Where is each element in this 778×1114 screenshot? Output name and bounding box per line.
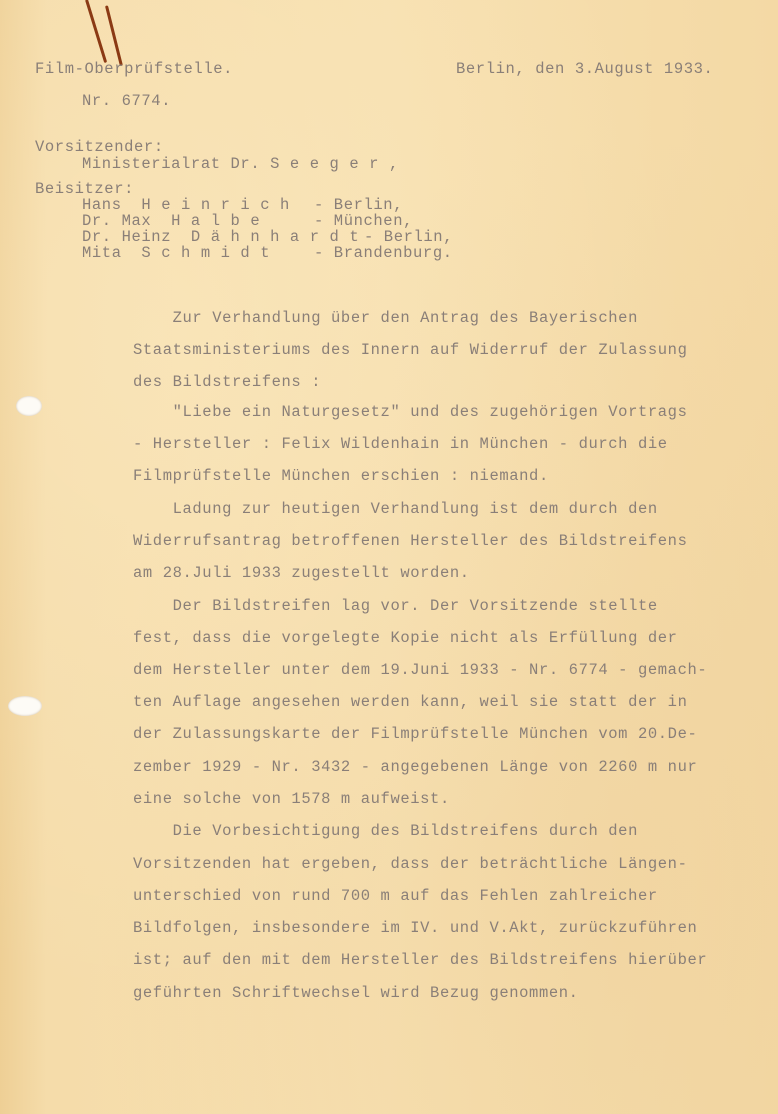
body-line: Widerrufsantrag betroffenen Hersteller d… (133, 534, 687, 550)
body-line: ten Auflage angesehen werden kann, weil … (133, 695, 687, 711)
reference-number: Nr. 6774. (82, 94, 171, 110)
assessor-city: - Brandenburg. (314, 246, 453, 262)
body-line: geführten Schriftwechsel wird Bezug geno… (133, 986, 579, 1002)
body-line: zember 1929 - Nr. 3432 - angegebenen Län… (133, 760, 697, 776)
body-line: dem Hersteller unter dem 19.Juni 1933 - … (133, 663, 707, 679)
body-line: Bildfolgen, insbesondere im IV. und V.Ak… (133, 921, 697, 937)
body-line: des Bildstreifens : (133, 375, 321, 391)
body-line: Die Vorbesichtigung des Bildstreifens du… (133, 824, 638, 840)
body-line: der Zulassungskarte der Filmprüfstelle M… (133, 727, 697, 743)
body-line: Zur Verhandlung über den Antrag des Baye… (133, 311, 638, 327)
chair-name: Ministerialrat Dr. S e e g e r , (82, 157, 399, 173)
body-line: ist; auf den mit dem Hersteller des Bild… (133, 953, 707, 969)
body-line: Staatsministeriums des Innern auf Widerr… (133, 343, 687, 359)
body-line: - Hersteller : Felix Wildenhain in Münch… (133, 437, 668, 453)
document-page: Film-Oberprüfstelle. Berlin, den 3.Augus… (0, 0, 778, 1114)
pencil-mark-right (105, 5, 123, 66)
body-line: unterschied von rund 700 m auf das Fehle… (133, 889, 658, 905)
body-line: am 28.Juli 1933 zugestellt worden. (133, 566, 470, 582)
body-line: "Liebe ein Naturgesetz" und des zugehöri… (133, 405, 687, 421)
place-date: Berlin, den 3.August 1933. (456, 62, 713, 78)
punch-hole-top (16, 396, 42, 416)
pencil-mark-left (85, 0, 107, 63)
office-name: Film-Oberprüfstelle. (35, 62, 233, 78)
assessor-name: Mita S c h m i d t (82, 246, 270, 262)
body-line: Der Bildstreifen lag vor. Der Vorsitzend… (133, 599, 658, 615)
body-line: Ladung zur heutigen Verhandlung ist dem … (133, 502, 658, 518)
chair-label: Vorsitzender: (35, 140, 164, 156)
punch-hole-bottom (8, 696, 42, 716)
body-line: Vorsitzenden hat ergeben, dass der beträ… (133, 857, 687, 873)
body-line: fest, dass die vorgelegte Kopie nicht al… (133, 631, 678, 647)
body-line: eine solche von 1578 m aufweist. (133, 792, 450, 808)
body-line: Filmprüfstelle München erschien : nieman… (133, 469, 549, 485)
